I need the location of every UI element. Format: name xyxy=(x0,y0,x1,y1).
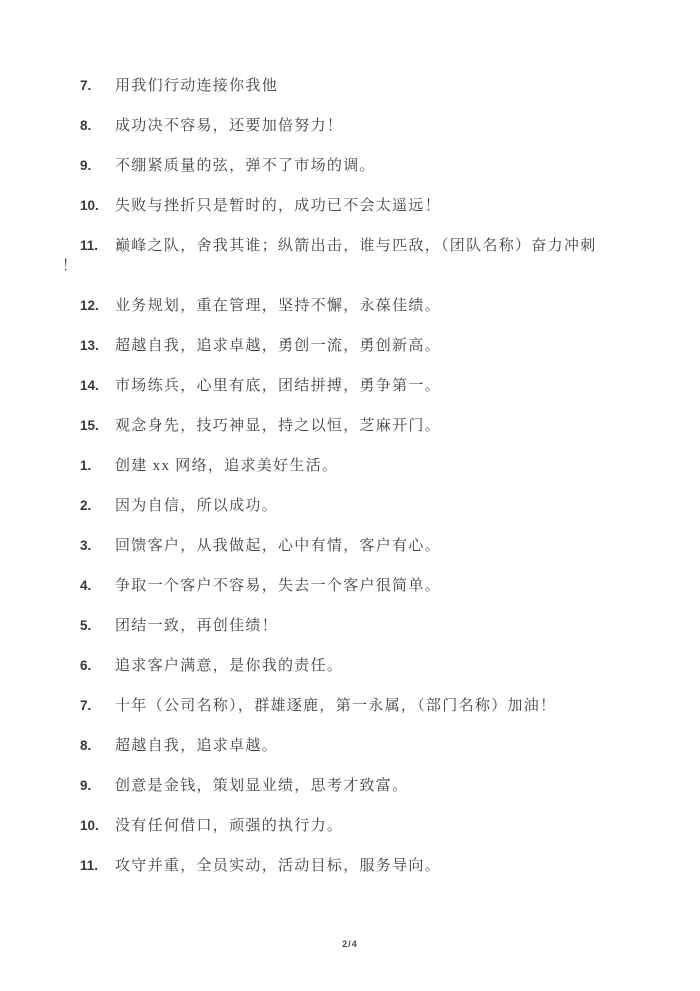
list-item: 10.没有任何借口，顽强的执行力。 xyxy=(62,816,642,836)
item-text: 争取一个客户不容易，失去一个客户很简单。 xyxy=(115,578,441,594)
item-number: 7. xyxy=(80,696,115,716)
item-number: 13. xyxy=(80,336,115,356)
item-number: 11. xyxy=(80,236,115,256)
item-text: 团结一致，再创佳绩！ xyxy=(115,618,278,634)
item-text: 创意是金钱，策划显业绩，思考才致富。 xyxy=(115,778,408,794)
item-text: 攻守并重，全员实动，活动目标，服务导向。 xyxy=(115,858,441,874)
item-number: 5. xyxy=(80,616,115,636)
item-text: 追求客户满意，是你我的责任。 xyxy=(115,658,343,674)
item-number: 8. xyxy=(80,116,115,136)
list-item: 10.失败与挫折只是暂时的，成功已不会太遥远！ xyxy=(62,196,642,216)
item-text: 超越自我，追求卓越，勇创一流，勇创新高。 xyxy=(115,338,441,354)
list-item: 9.不绷紧质量的弦，弹不了市场的调。 xyxy=(62,156,642,176)
list-item: 13.超越自我，追求卓越，勇创一流，勇创新高。 xyxy=(62,336,642,356)
list-item: 12.业务规划，重在管理，坚持不懈，永葆佳绩。 xyxy=(62,296,642,316)
list-item: 7.十年（公司名称），群雄逐鹿，第一永属，（部门名称）加油！ xyxy=(62,696,642,716)
item-text: 巅峰之队，舍我其谁；纵箭出击，谁与匹敌，（团队名称）奋力冲刺 xyxy=(115,238,597,254)
item-text: 十年（公司名称），群雄逐鹿，第一永属，（部门名称）加油！ xyxy=(115,698,556,714)
item-number: 7. xyxy=(80,76,115,96)
list-item: 8.成功决不容易，还要加倍努力！ xyxy=(62,116,642,136)
page-footer: 2/4 xyxy=(0,939,700,949)
item-number: 9. xyxy=(80,776,115,796)
list-item: 14.市场练兵，心里有底，团结拼搏，勇争第一。 xyxy=(62,376,642,396)
item-number: 15. xyxy=(80,416,115,436)
item-text: 创建 xx 网络，追求美好生活。 xyxy=(115,458,338,474)
item-text: 没有任何借口，顽强的执行力。 xyxy=(115,818,343,834)
list-item: 7.用我们行动连接你我他 xyxy=(62,76,642,96)
item-text: 用我们行动连接你我他 xyxy=(115,78,278,94)
list-item: 15.观念身先，技巧神显，持之以恒，芝麻开门。 xyxy=(62,416,642,436)
item-text: 因为自信，所以成功。 xyxy=(115,498,278,514)
item-number: 8. xyxy=(80,736,115,756)
item-number: 2. xyxy=(80,496,115,516)
item-number: 12. xyxy=(80,296,115,316)
list-item: 2.因为自信，所以成功。 xyxy=(62,496,642,516)
list-item: 6.追求客户满意，是你我的责任。 xyxy=(62,656,642,676)
page-number: 2/4 xyxy=(342,939,358,949)
item-text: 失败与挫折只是暂时的，成功已不会太遥远！ xyxy=(115,198,441,214)
list-item: 4.争取一个客户不容易，失去一个客户很简单。 xyxy=(62,576,642,596)
item-number: 10. xyxy=(80,196,115,216)
item-text: 不绷紧质量的弦，弹不了市场的调。 xyxy=(115,158,376,174)
item-number: 9. xyxy=(80,156,115,176)
item-number: 11. xyxy=(80,856,115,876)
item-text: 超越自我，追求卓越。 xyxy=(115,738,278,754)
item-number: 4. xyxy=(80,576,115,596)
list-item: 3.回馈客户，从我做起，心中有情，客户有心。 xyxy=(62,536,642,556)
item-text: 回馈客户，从我做起，心中有情，客户有心。 xyxy=(115,538,441,554)
item-number: 10. xyxy=(80,816,115,836)
item-number: 6. xyxy=(80,656,115,676)
list-item: 9.创意是金钱，策划显业绩，思考才致富。 xyxy=(62,776,642,796)
item-text: 成功决不容易，还要加倍努力！ xyxy=(115,118,343,134)
item-number: 1. xyxy=(80,456,115,476)
list-item: 8.超越自我，追求卓越。 xyxy=(62,736,642,756)
document-page: 7.用我们行动连接你我他 8.成功决不容易，还要加倍努力！ 9.不绷紧质量的弦，… xyxy=(0,0,700,991)
item-number: 14. xyxy=(80,376,115,396)
slogan-list: 7.用我们行动连接你我他 8.成功决不容易，还要加倍努力！ 9.不绷紧质量的弦，… xyxy=(0,0,700,876)
item-text: 观念身先，技巧神显，持之以恒，芝麻开门。 xyxy=(115,418,441,434)
list-item: 5.团结一致，再创佳绩！ xyxy=(62,616,642,636)
item-wrap-text: ！ xyxy=(62,258,78,274)
list-item: 11.巅峰之队，舍我其谁；纵箭出击，谁与匹敌，（团队名称）奋力冲刺！ xyxy=(62,236,642,276)
item-number: 3. xyxy=(80,536,115,556)
item-text: 市场练兵，心里有底，团结拼搏，勇争第一。 xyxy=(115,378,441,394)
list-item: 11.攻守并重，全员实动，活动目标，服务导向。 xyxy=(62,856,642,876)
list-item: 1.创建 xx 网络，追求美好生活。 xyxy=(62,456,642,476)
item-text: 业务规划，重在管理，坚持不懈，永葆佳绩。 xyxy=(115,298,441,314)
